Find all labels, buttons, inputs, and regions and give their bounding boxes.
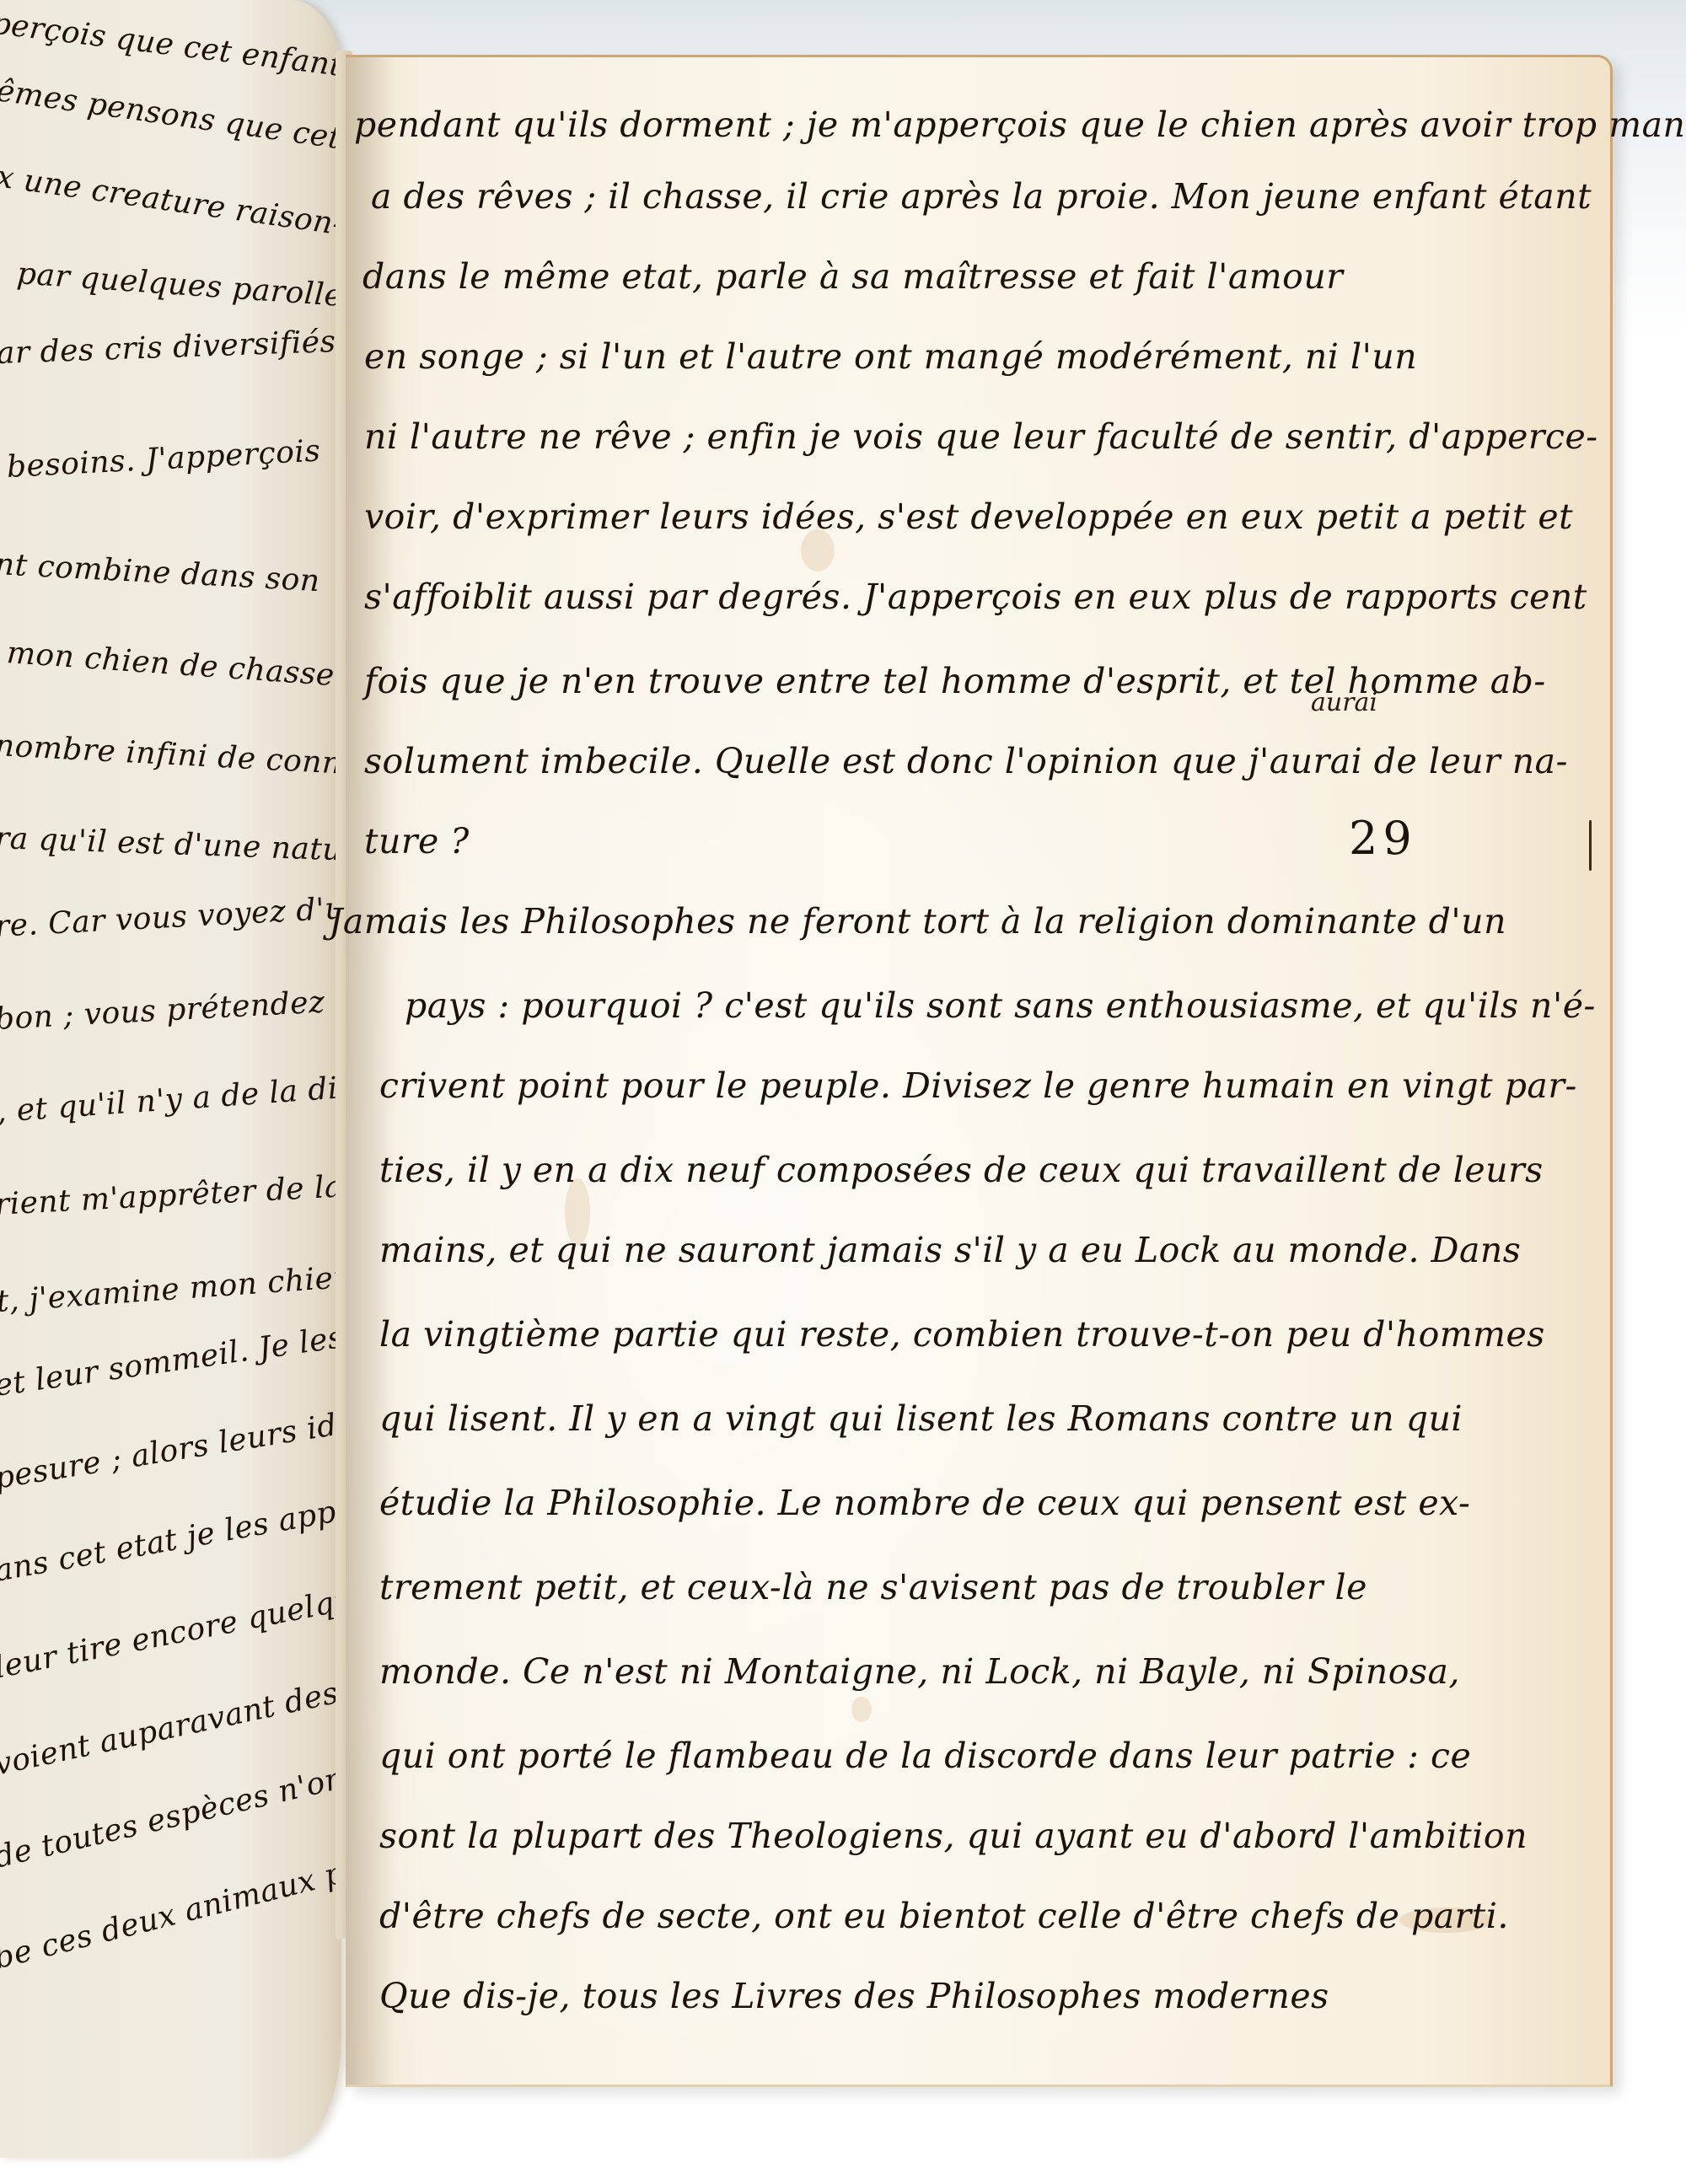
text-line: qui lisent. Il y en a vingt qui lisent l…: [379, 1398, 1463, 1440]
text-line: pays : pourquoi ? c'est qu'ils sont sans…: [405, 985, 1596, 1027]
left-line: de toutes espèces n'ont: [0, 1758, 341, 1875]
text-line: ties, il y en a dix neuf composées de ce…: [379, 1149, 1544, 1191]
left-line: voient auparavant des idées: [0, 1657, 341, 1783]
left-line: êmes pensons que cet ani-: [0, 74, 341, 165]
left-line: besoins. J'apperçois: [6, 435, 321, 485]
left-line: perçois que cet enfant: [0, 7, 341, 83]
text-line: la vingtième partie qui reste, combien t…: [379, 1313, 1545, 1355]
text-line: voir, d'exprimer leurs idées, s'est deve…: [364, 496, 1573, 538]
margin-mark: [1589, 820, 1592, 871]
left-line: ar des cris diversifiés: [0, 325, 336, 371]
text-line: Jamais les Philosophes ne feront tort à …: [329, 900, 1506, 942]
left-page: perçois que cet enfant êmes pensons que …: [0, 0, 341, 2158]
text-line: mains, et qui ne sauront jamais s'il y a…: [379, 1229, 1521, 1271]
right-page: pendant qu'ils dorment ; je m'apperçois …: [346, 55, 1613, 2087]
text-line: Que dis-je, tous les Livres des Philosop…: [379, 1975, 1329, 2017]
text-line: monde. Ce n'est ni Montaigne, ni Lock, n…: [379, 1650, 1460, 1693]
text-line: trement petit, et ceux-là ne s'avisent p…: [379, 1566, 1367, 1608]
text-line: qui ont porté le flambeau de la discorde…: [379, 1735, 1471, 1777]
text-line: crivent point pour le peuple. Divisez le…: [379, 1065, 1577, 1107]
text-line: ni l'autre ne rêve ; enfin je vois que l…: [364, 416, 1598, 458]
text-line: d'être chefs de secte, ont eu bientot ce…: [379, 1895, 1509, 1937]
folio-number: 29: [1349, 812, 1417, 865]
text-line: a des rêves ; il chasse, il crie après l…: [371, 175, 1592, 217]
left-line: t, j'examine mon chien: [0, 1260, 341, 1318]
left-line: et leur sommeil. Je les: [0, 1321, 341, 1403]
text-line: solument imbecile. Quelle est donc l'opi…: [364, 740, 1568, 782]
text-line: s'affoiblit aussi par degrés. J'apperçoi…: [364, 576, 1587, 618]
left-page-text: perçois que cet enfant êmes pensons que …: [0, 0, 341, 2158]
right-page-text: pendant qu'ils dorment ; je m'apperçois …: [346, 57, 1610, 2085]
left-line: nt combine dans son: [0, 548, 321, 598]
left-line: rient m'apprêter de la: [0, 1170, 341, 1222]
text-line: dans le même etat, parle à sa maîtresse …: [362, 255, 1343, 298]
left-line: pesure ; alors leurs idées: [0, 1400, 341, 1496]
left-line: mon chien de chasse du: [6, 636, 341, 696]
left-line: bon ; vous prétendez qu': [0, 983, 341, 1037]
text-line: étudie la Philosophie. Le nombre de ceux…: [379, 1482, 1470, 1524]
left-line: ans cet etat je les appelle,: [0, 1484, 341, 1589]
left-line: par quelques parolles: [16, 257, 341, 314]
left-line: re. Car vous voyez d'un: [0, 891, 341, 944]
interlinear-correction: aurai: [1311, 688, 1377, 717]
left-line: , et qu'il n'y a de la diff-: [0, 1070, 341, 1130]
left-line: x une creature raison-: [0, 160, 341, 242]
left-line: ra qu'il est d'une nature: [0, 822, 341, 869]
text-line: sont la plupart des Theologiens, qui aya…: [379, 1815, 1528, 1857]
text-line: en songe ; si l'un et l'autre ont mangé …: [364, 335, 1417, 378]
text-line: pendant qu'ils dorment ; je m'apperçois …: [354, 104, 1686, 146]
left-line: leur tire encore quelque: [0, 1579, 341, 1685]
text-line: ture ?: [364, 820, 470, 862]
left-line: be ces deux animaux pen-: [0, 1844, 341, 1976]
left-line: nombre infini de connoissances: [0, 729, 341, 789]
